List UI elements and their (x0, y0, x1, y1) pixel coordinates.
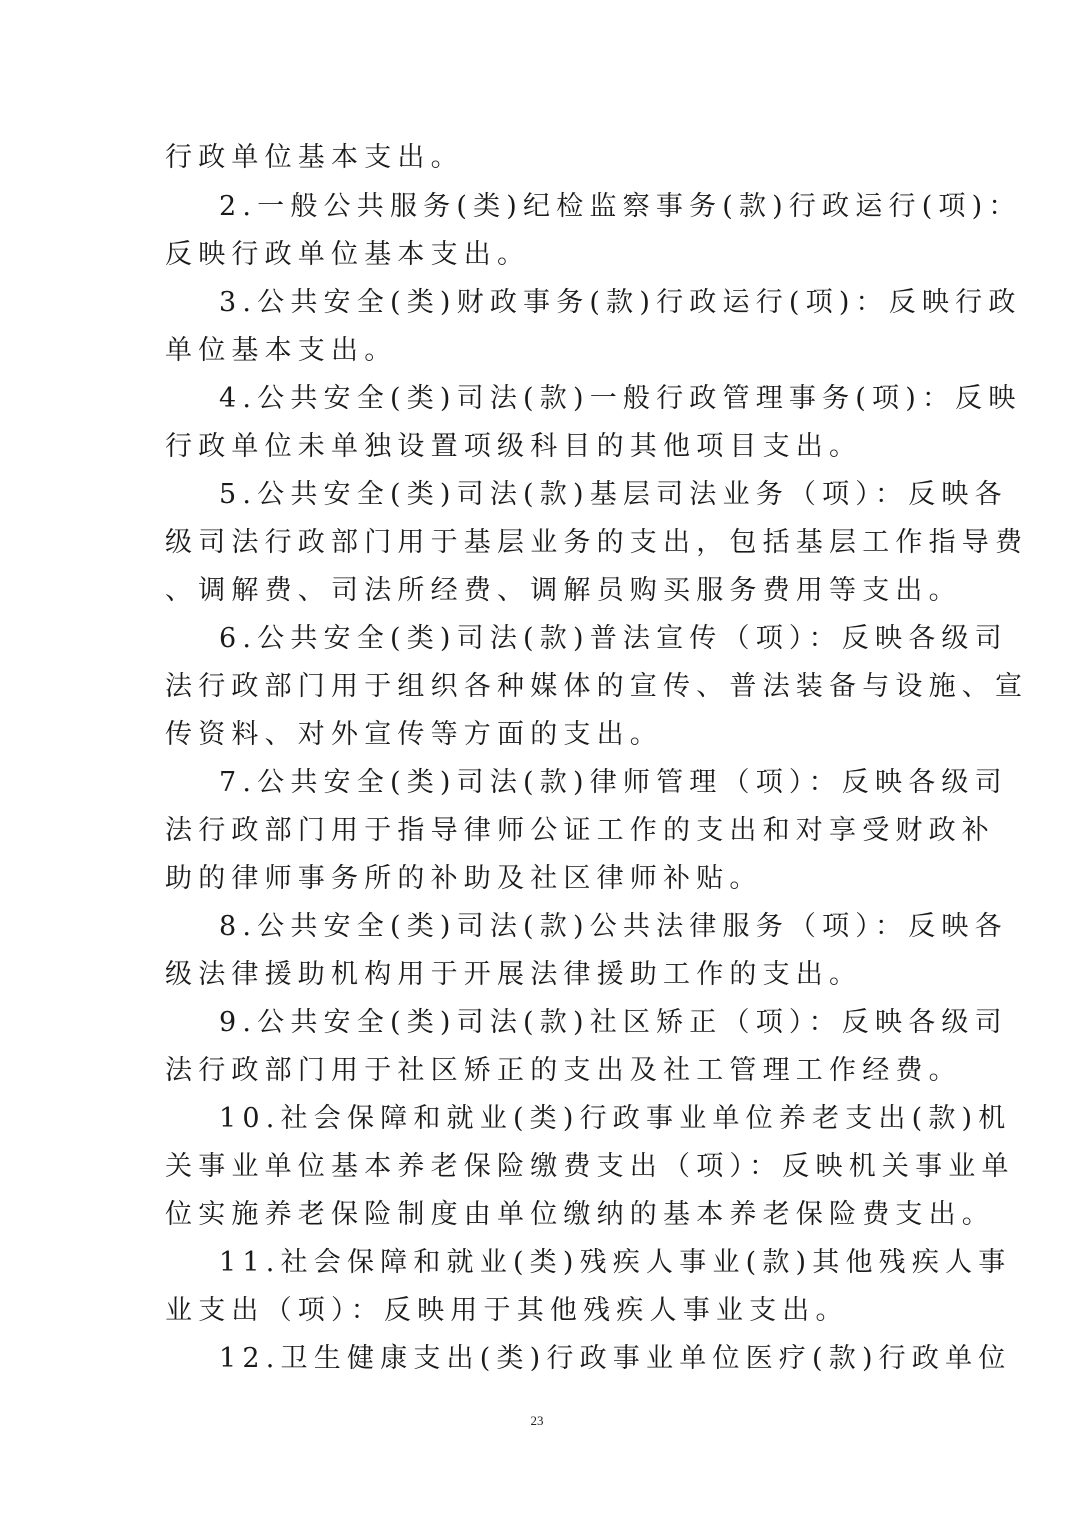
paragraph-line: 传资料、对外宣传等方面的支出。 (165, 717, 663, 753)
paragraph-line: 法行政部门用于社区矫正的支出及社工管理工作经费。 (165, 1053, 962, 1089)
paragraph-line: 业支出（项）：反映用于其他残疾人事业支出。 (165, 1293, 849, 1329)
page-number: 23 (0, 1413, 1074, 1429)
paragraph-first-line: 4.公共安全(类)司法(款)一般行政管理事务(项)：反映 (219, 381, 1022, 417)
paragraph-line: 行政单位未单独设置项级科目的其他项目支出。 (165, 429, 862, 465)
paragraph-line: 行政单位基本支出。 (165, 140, 464, 176)
paragraph-line: 位实施养老保险制度由单位缴纳的基本养老保险费支出。 (165, 1197, 995, 1233)
paragraph-first-line: 12.卫生健康支出(类)行政事业单位医疗(款)行政单位 (219, 1341, 1011, 1377)
paragraph-first-line: 9.公共安全(类)司法(款)社区矫正（项）：反映各级司 (219, 1005, 1008, 1041)
paragraph-line: 单位基本支出。 (165, 333, 397, 369)
paragraph-first-line: 5.公共安全(类)司法(款)基层司法业务（项）：反映各 (219, 477, 1008, 513)
paragraph-line: 反映行政单位基本支出。 (165, 237, 530, 273)
paragraph-line: 级司法行政部门用于基层业务的支出，包括基层工作指导费 (165, 525, 1028, 561)
paragraph-first-line: 10.社会保障和就业(类)行政事业单位养老支出(款)机 (219, 1101, 1011, 1137)
paragraph-line: 级法律援助机构用于开展法律援助工作的支出。 (165, 957, 862, 993)
paragraph-first-line: 3.公共安全(类)财政事务(款)行政运行(项)：反映行政 (219, 285, 1022, 321)
paragraph-line: 关事业单位基本养老保险缴费支出（项）：反映机关事业单 (165, 1149, 1015, 1185)
paragraph-first-line: 8.公共安全(类)司法(款)公共法律服务（项）：反映各 (219, 909, 1008, 945)
paragraph-line: 法行政部门用于指导律师公证工作的支出和对享受财政补 (165, 813, 995, 849)
paragraph-line: 法行政部门用于组织各种媒体的宣传、普法装备与设施、宣 (165, 669, 1028, 705)
paragraph-line: 助的律师事务所的补助及社区律师补贴。 (165, 861, 763, 897)
paragraph-first-line: 2.一般公共服务(类)纪检监察事务(款)行政运行(项)： (219, 189, 1022, 225)
document-page: 行政单位基本支出。2.一般公共服务(类)纪检监察事务(款)行政运行(项)：反映行… (0, 0, 1074, 1520)
paragraph-first-line: 7.公共安全(类)司法(款)律师管理（项）：反映各级司 (219, 765, 1008, 801)
paragraph-first-line: 11.社会保障和就业(类)残疾人事业(款)其他残疾人事 (219, 1245, 1011, 1281)
paragraph-first-line: 6.公共安全(类)司法(款)普法宣传（项）：反映各级司 (219, 621, 1008, 657)
paragraph-line: 、调解费、司法所经费、调解员购买服务费用等支出。 (165, 573, 962, 609)
